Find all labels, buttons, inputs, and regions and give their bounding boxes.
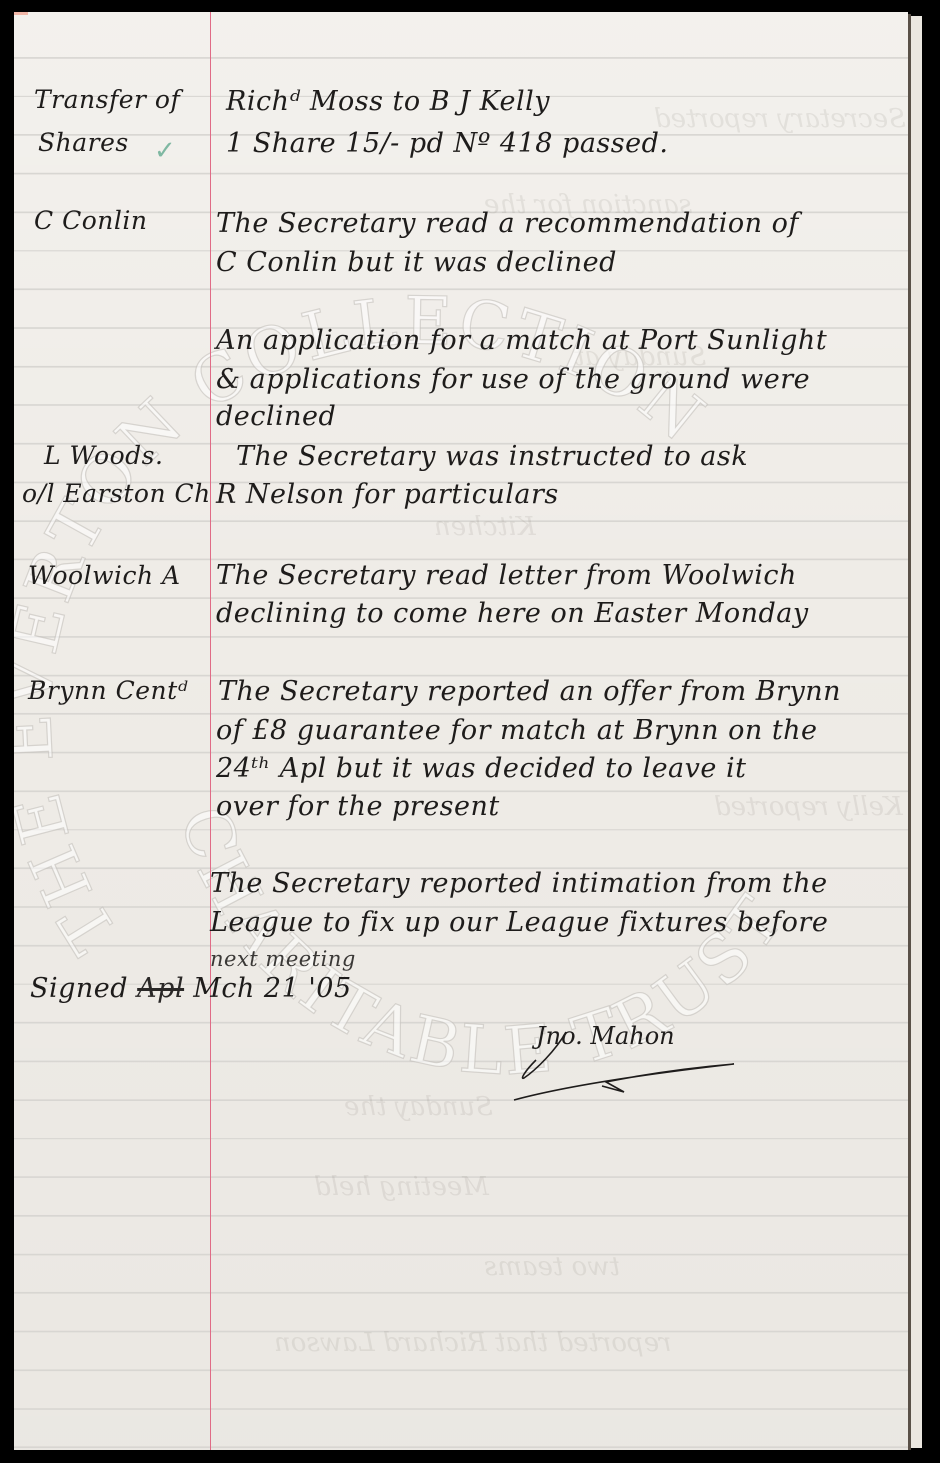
entry-body-line: over for the present (216, 788, 500, 827)
entry-body-line: of £8 guarantee for match at Brynn on th… (216, 712, 818, 751)
entry-label: Transfer of (34, 81, 180, 120)
entry-label: C Conlin (34, 202, 147, 241)
bleed-through-text: reported that Richard Lawson (274, 1328, 672, 1358)
entry-body-line: An application for a match at Port Sunli… (216, 322, 827, 361)
entry-body-line: League to fix up our League fixtures bef… (210, 904, 828, 943)
bleed-through-text: Mr Kelly reported (714, 792, 908, 822)
next-page-strip (911, 16, 922, 1448)
ledger-page: Secretary reported sanction for the Sund… (14, 12, 908, 1450)
entry-body-line: declining to come here on Easter Monday (216, 595, 809, 634)
entry-body-line: declined (216, 398, 336, 437)
signature-flourish-icon (506, 1020, 746, 1120)
struck-word: Apl (137, 973, 184, 1004)
bleed-through-text: Kitchen (434, 512, 536, 542)
entry-body-line: R Nelson for particulars (216, 476, 559, 515)
bleed-through-text: Meeting held (314, 1172, 489, 1202)
entry-body-line: 1 Share 15/- pd Nº 418 passed. (226, 125, 668, 164)
entry-body-line: Richᵈ Moss to B J Kelly (226, 83, 550, 122)
entry-label: o/l Earston Ch (22, 475, 211, 514)
signed-line: Signed Apl Mch 21 '05 (30, 970, 352, 1009)
tick-mark-icon: ✓ (154, 136, 176, 166)
bleed-through-text: Secretary reported (654, 104, 906, 134)
entry-body-line: The Secretary read a recommendation of (216, 205, 799, 244)
corner-mark (14, 12, 28, 15)
entry-label: Shares (38, 124, 129, 163)
entry-body-line: The Secretary reported an offer from Bry… (218, 673, 841, 712)
signed-label: Signed (30, 973, 128, 1004)
entry-body-line: & applications for use of the ground wer… (216, 361, 810, 400)
entry-label: Brynn Centᵈ (28, 672, 188, 711)
entry-body-line: C Conlin but it was declined (216, 244, 617, 283)
bleed-through-text: two teams (484, 1252, 620, 1282)
signed-date: Mch 21 '05 (193, 973, 351, 1004)
entry-body-line: The Secretary reported intimation from t… (210, 865, 828, 904)
signature: Jno. Mahon (506, 1020, 746, 1120)
bleed-through-text: Sunday the (344, 1092, 493, 1122)
margin-line (210, 12, 211, 1450)
entry-label: L Woods. (44, 437, 163, 476)
entry-body-line: 24ᵗʰ Apl but it was decided to leave it (216, 750, 746, 789)
entry-body-line: The Secretary was instructed to ask (236, 438, 748, 477)
entry-body-line: The Secretary read letter from Woolwich (216, 557, 797, 596)
entry-label: Woolwich A (28, 557, 181, 596)
